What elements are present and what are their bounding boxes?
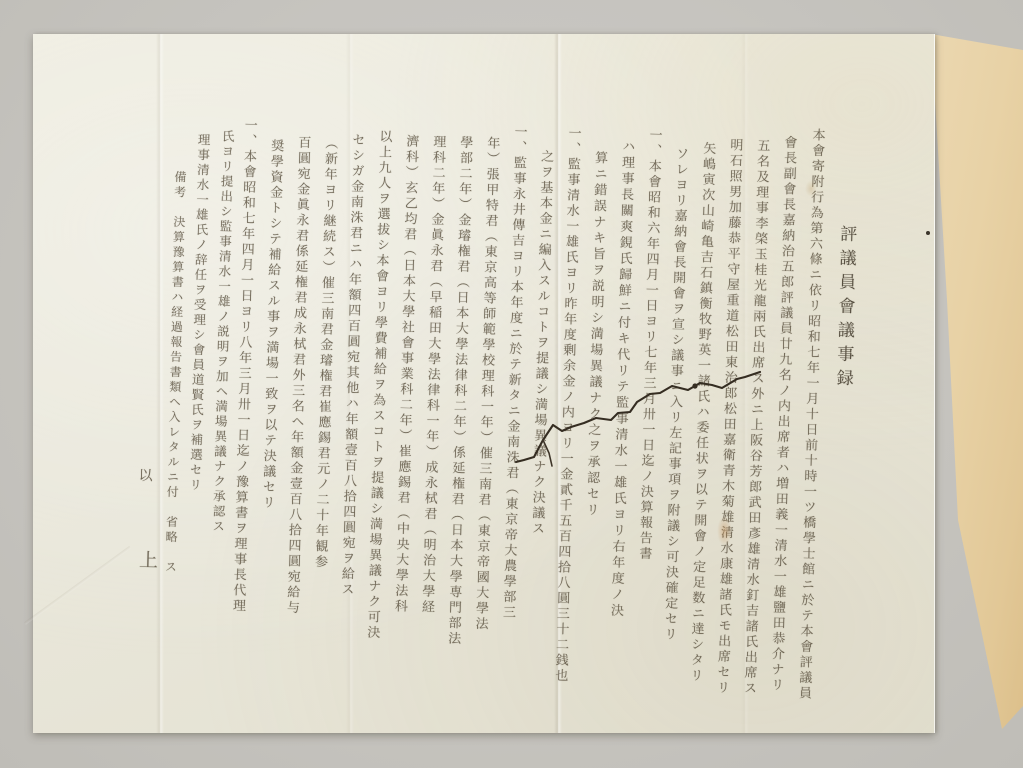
handwritten-column: 奨學資金トシテ補給スル事ヲ満場一致ヲ以テ決議セリ	[260, 139, 282, 511]
handwritten-column: 備考 決算豫算書ハ経過報告書類ヘ入レタルニ付 省略 ス	[164, 170, 186, 575]
handwritten-column: 年）張甲特君（東京高等師範學校理科一年）催三南君（東京帝國大學法	[473, 136, 498, 632]
handwritten-column: 以上九人ヲ選拔シ本會ヨリ學費補給ヲ為スコトヲ提議シ満場異議ナク可決	[365, 129, 390, 641]
handwritten-column: 本會寄附行為第六條ニ依リ昭和七年一月十日前十時一ツ橋學士館ニ於テ本會評議員	[797, 128, 824, 702]
document-title-column: 評議員會議事録	[833, 225, 854, 393]
handwritten-column: 一、監事清水一雄氏ヨリ昨年度剰余金ノ内ヨリ一金貳千五百四拾八圓三十二銭也	[553, 126, 580, 684]
paper-stain	[805, 180, 817, 197]
handwritten-column: ソレヨリ嘉納會長開會ヲ宣シ議事ニ入リ左記事項ヲ附議シ可決確定セリ	[662, 147, 687, 643]
handwritten-column: 濟科）玄乙均君（日本大學社會事業科二年）崔應錫君（中央大學法科	[393, 134, 418, 615]
handwritten-column: 明石照男加藤恭平守屋重道松田東治郎松田嘉衛青木菊雄清水康雄諸氏モ出席セリ	[715, 138, 742, 696]
ink-stain	[717, 516, 732, 546]
handwritten-column: ハ理事長關爽鋧氏歸鮮ニ付キ代リテ監事清水一雄氏ヨリ右年度ノ決	[609, 139, 634, 619]
handwritten-column: 之ヲ基本金ニ編入スルコトヲ提議シ満場異議ナク決議ス	[530, 149, 552, 537]
handwritten-column: 理事清水一雄氏ノ辞任ヲ受理シ會員道賢氏ヲ補選セリ	[188, 133, 209, 493]
handwritten-column: 學部二年）金璿権君（日本大學法律科二年）係延権君（日本大學専門部法	[446, 135, 471, 647]
handwritten-column: 一、本會昭和六年四月一日ヨリ七年三月卅一日迄ノ決算報告書	[637, 128, 661, 562]
handwritten-column: （新年ヨリ継続ス）催三南君金璿権君崔應錫君元ノ二十年観参	[313, 136, 337, 570]
handwritten-column: セシガ金南洙君ニハ年額四百圓宛其他ハ年額壹百八拾四圓宛ヲ給ス	[339, 133, 363, 598]
scanned-document-photo: 評議員會議事録本會寄附行為第六條ニ依リ昭和七年一月十日前十時一ツ橋學士館ニ於テ本…	[0, 0, 1023, 768]
document-sheet: 評議員會議事録本會寄附行為第六條ニ依リ昭和七年一月十日前十時一ツ橋學士館ニ於テ本…	[33, 34, 935, 733]
handwritten-column: 矢嶋寅次山崎亀吉石鎮衡牧野英一諸氏ハ委任状ヲ以テ開會ノ定足数ニ達シタリ	[688, 141, 714, 684]
end-mark: 上	[137, 550, 156, 569]
handwritten-column: 會長副會長嘉納治五郎評議員廿九名ノ内出席者ハ増田義一清水一雄鹽田恭介ナリ	[769, 135, 796, 693]
handwritten-column: 百圓宛金眞永君係延権君成永栻君外三名ヘ年額金壹百八拾四圓宛給与	[285, 135, 310, 616]
end-mark: 以	[138, 468, 152, 482]
handwritten-column: 算ニ錯誤ナキ旨ヲ説明シ満場異議ナク之ヲ承認セリ	[584, 151, 606, 519]
handwritten-column: 一、監事永井傳吉ヨリ本年度ニ於テ新タニ金南洙君（東京帝大農學部三	[501, 125, 526, 621]
handwritten-column: 理科二年）金眞永君（早稲田大學法律科一年）成永栻君（明治大學経	[420, 135, 445, 616]
handwriting-layer: 評議員會議事録本會寄附行為第六條ニ依リ昭和七年一月十日前十時一ツ橋學士館ニ於テ本…	[25, 23, 943, 744]
handwritten-column: 一、本會昭和七年四月一日ヨリ八年三月卅一日迄ノ豫算書ヲ理事長代理	[231, 118, 256, 614]
handwritten-column: 氏ヨリ提出シ監事清水一雄ノ説明ヲ加ヘ満場異議ナク承認ス	[211, 130, 233, 535]
handwritten-column: 五名及理事李棨玉桂光龍兩氏出席ス外ニ上阪谷芳郎武田彥雄清水釘吉諸氏出席ス	[742, 139, 769, 697]
